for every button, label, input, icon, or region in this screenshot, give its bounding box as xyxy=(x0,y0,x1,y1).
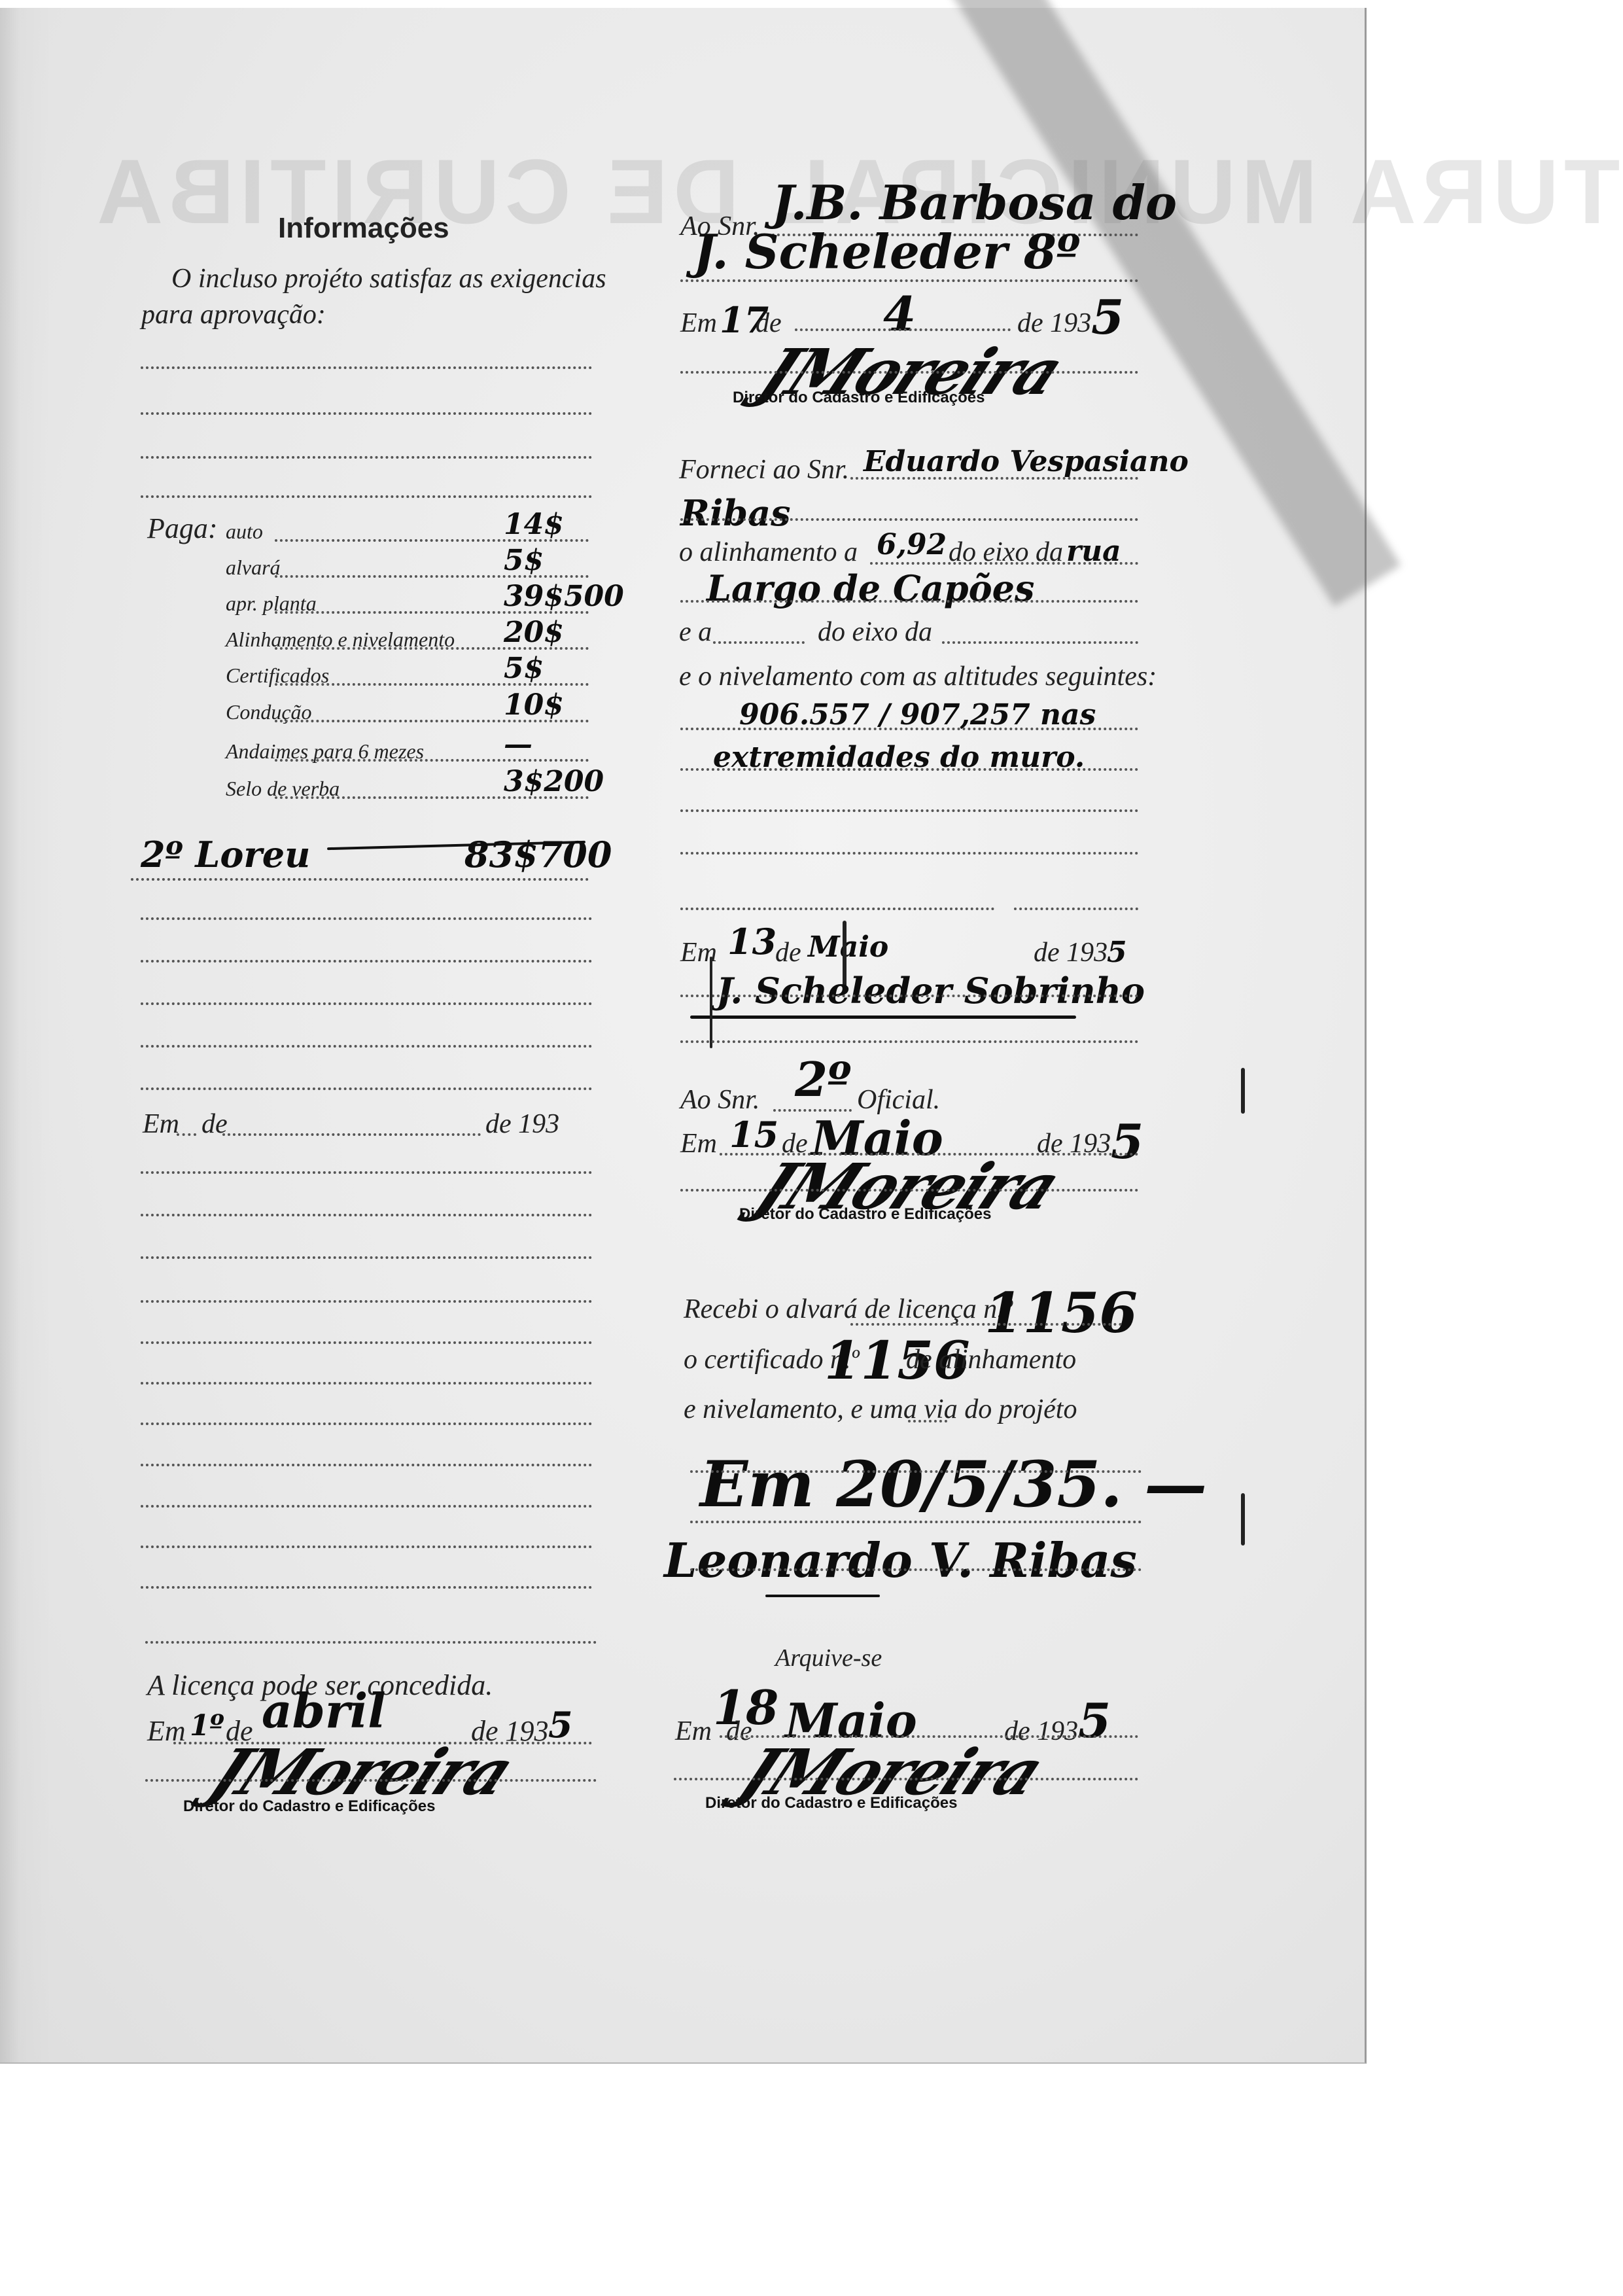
blank-line xyxy=(680,852,1138,855)
date5-year-digit: 5 xyxy=(1078,1693,1111,1748)
date2-day: 13 xyxy=(727,921,777,963)
pen-stroke xyxy=(710,957,712,1048)
blank-line xyxy=(690,1521,1142,1523)
blank-line xyxy=(141,1045,592,1048)
blank-line xyxy=(908,1420,947,1422)
blank-line xyxy=(850,1323,1122,1326)
blank-line xyxy=(141,1505,592,1508)
date1-year: de 193 xyxy=(1017,308,1091,339)
blank-line xyxy=(141,960,592,963)
blank-line xyxy=(680,809,1138,812)
blank-line xyxy=(177,1133,196,1136)
blank-line xyxy=(141,1087,592,1090)
second-a-label: e a xyxy=(679,616,712,648)
blank-line xyxy=(141,412,592,415)
blank-line xyxy=(680,518,1138,521)
altitudes-line1: 906.557 / 907,257 nas xyxy=(739,698,1096,732)
fee-label: alvará xyxy=(226,556,281,580)
forneci-label: Forneci ao Snr. xyxy=(679,454,849,486)
to-value-line1: J.B. Barbosa do xyxy=(772,175,1177,230)
fee-dotted-leader xyxy=(275,759,589,762)
alinhamento-value: 6,92 xyxy=(877,528,947,561)
signature-line xyxy=(680,1189,1138,1192)
fee-value: 5$ xyxy=(504,544,544,577)
approval-title: Diretor do Cadastro e Edificações xyxy=(183,1797,435,1816)
blank-line xyxy=(850,477,1138,480)
total-value: 83$700 xyxy=(464,834,612,875)
street-value: Largo de Capões xyxy=(707,567,1034,609)
signature-line xyxy=(145,1779,597,1782)
date3-year-digit: 5 xyxy=(1111,1114,1143,1169)
paga-label: Paga: xyxy=(147,512,218,545)
signature-line xyxy=(680,371,1138,374)
blank-line xyxy=(690,1470,1142,1473)
blank-line xyxy=(141,1256,592,1259)
blank-line xyxy=(141,1214,592,1216)
approval-month: abril xyxy=(262,1683,386,1739)
fee-value: 5$ xyxy=(504,652,544,685)
blank-line xyxy=(690,1568,1142,1571)
to-value-line2: J. Scheleder 8º xyxy=(693,224,1080,279)
director-title-5: Diretor do Cadastro e Edificações xyxy=(705,1794,957,1812)
blank-line xyxy=(141,1300,592,1303)
date1-month: 4 xyxy=(883,286,916,342)
blank-line xyxy=(680,1040,1138,1043)
date3-em: Em xyxy=(680,1128,717,1159)
fee-value: 39$500 xyxy=(504,580,624,613)
date2-de: de xyxy=(775,937,801,968)
date2-year: de 193 xyxy=(1034,937,1108,968)
second-eixo-label: do eixo da xyxy=(818,616,932,648)
blank-line xyxy=(680,995,1138,997)
intro-line-2: para aprovação: xyxy=(141,299,326,330)
approval-day: 1º xyxy=(190,1709,224,1742)
blank-line xyxy=(141,917,592,920)
blank-line xyxy=(942,641,1138,644)
blank-line xyxy=(680,768,1138,771)
document-page: PREFEITURA MUNICIPAL DE CURITIBA Informa… xyxy=(0,8,1367,2064)
alvara-number: 1156 xyxy=(985,1280,1138,1345)
intro-line-1: O incluso projéto satisfaz as exigencias xyxy=(171,263,606,294)
recebi-label: Recebi o alvará de licença n.º xyxy=(684,1294,1013,1325)
to-label-3: Ao Snr. xyxy=(680,1084,759,1116)
date-blank-em: Em xyxy=(143,1108,179,1140)
blank-line xyxy=(141,1002,592,1005)
date1-de: de xyxy=(756,308,782,339)
date2-year-digit: 5 xyxy=(1107,936,1127,969)
date3-day: 15 xyxy=(729,1114,778,1156)
margin-mark xyxy=(1241,1493,1245,1545)
certificado-suffix: de alinhamento xyxy=(906,1344,1076,1375)
date5-em: Em xyxy=(675,1716,712,1747)
receiver-signature: Leonardo V. Ribas xyxy=(664,1532,1137,1588)
blank-line xyxy=(141,456,592,459)
blank-line xyxy=(141,495,592,498)
fee-value: 14$ xyxy=(504,508,564,541)
total-note: 2º Loreu xyxy=(141,834,310,875)
date1-year-digit: 5 xyxy=(1091,289,1124,345)
alinhamento-label: o alinhamento a xyxy=(679,537,858,568)
fee-value: 20$ xyxy=(504,616,564,649)
to-value-3: 2º xyxy=(795,1051,851,1107)
blank-line xyxy=(141,366,592,369)
supplied-name-line1: Eduardo Vespasiano xyxy=(864,445,1189,478)
fee-value: 10$ xyxy=(504,688,564,722)
blank-line xyxy=(680,908,994,910)
signature-underline xyxy=(690,1016,1076,1019)
margin-mark xyxy=(1241,1068,1245,1114)
blank-line xyxy=(1014,908,1138,910)
fee-value: 3$200 xyxy=(504,765,604,798)
signature-2: J. Scheleder Sobrinho xyxy=(716,970,1145,1012)
blank-line xyxy=(680,279,1138,282)
blank-line xyxy=(141,1586,592,1589)
director-title-1: Diretor do Cadastro e Edificações xyxy=(733,389,985,407)
blank-line xyxy=(141,1171,592,1174)
fee-value: — xyxy=(504,728,532,761)
archive-label: Arquive-se xyxy=(775,1644,882,1672)
blank-line xyxy=(141,1422,592,1425)
date2-month: Maio xyxy=(808,930,888,964)
blank-line xyxy=(141,1464,592,1466)
approval-year-digit: 5 xyxy=(548,1704,573,1746)
blank-line xyxy=(795,328,1011,331)
date-blank-year: de 193 xyxy=(485,1108,559,1140)
informacoes-heading: Informações xyxy=(278,212,449,245)
page-crease-shadow xyxy=(935,0,1401,607)
signature-line xyxy=(674,1778,1138,1780)
projeto-line: e nivelamento, e uma via do projéto xyxy=(684,1394,1077,1425)
blank-line xyxy=(141,1382,592,1385)
nivelamento-label: e o nivelamento com as altitudes seguint… xyxy=(679,661,1157,692)
blank-line xyxy=(870,562,1138,565)
blank-line xyxy=(141,1341,592,1344)
blank-line xyxy=(145,1641,597,1644)
fee-label: auto xyxy=(226,520,263,544)
blank-line xyxy=(680,728,1138,730)
supplied-name-line2: Ribas xyxy=(680,492,791,534)
blank-line xyxy=(131,878,589,881)
blank-line xyxy=(222,1133,481,1136)
date5-de: de xyxy=(726,1716,752,1747)
blank-line xyxy=(713,641,805,644)
blank-line xyxy=(141,1545,592,1548)
director-title-3: Diretor do Cadastro e Edificações xyxy=(739,1205,991,1224)
received-date: Em 20/5/35. — xyxy=(700,1447,1207,1521)
signature-underline xyxy=(765,1595,880,1597)
blank-line xyxy=(680,600,1138,603)
date1-em: Em xyxy=(680,308,717,339)
